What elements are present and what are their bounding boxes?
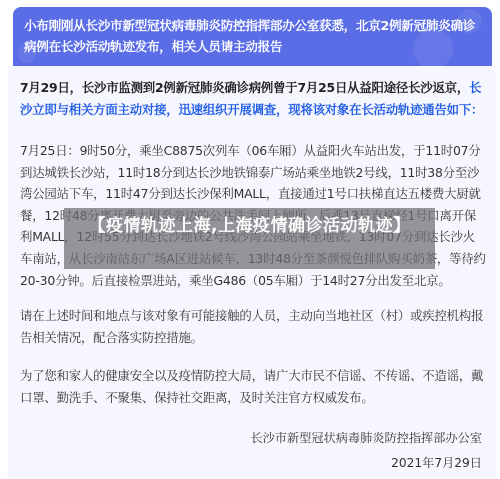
lead-paragraph: 7月29日，长沙市监测到2例新冠肺炎确诊病例曾于7月25日从益阳途径长沙返京，长… — [20, 77, 486, 120]
signature-date: 2021年7月29日 — [391, 454, 482, 471]
advice-paragraph: 为了您和家人的健康安全以及疫情防控大局，请广大市民不信谣、不传谣、不造谣，戴口罩… — [20, 365, 486, 408]
lead-bold-text: 7月29日，长沙市监测到2例新冠肺炎确诊病例曾于7月25日从益阳途径长沙返京， — [20, 80, 469, 95]
headline-banner: 小布刚刚从长沙市新型冠状病毒肺炎防控指挥部办公室获悉，北京2例新冠肺炎确诊病例在… — [13, 7, 492, 66]
report-request-paragraph: 请在上述时间和地点与该对象有可能接触的人员，主动向当地社区（村）或疾控机构报告相… — [20, 305, 486, 348]
caption-overlay: 【疫情轨迹上海,上海疫情确诊活动轨迹】 — [64, 208, 435, 269]
headline-text: 小布刚刚从长沙市新型冠状病毒肺炎防控指挥部办公室获悉，北京2例新冠肺炎确诊病例在… — [24, 15, 484, 57]
signature-org: 长沙市新型冠状病毒肺炎防控指挥部办公室 — [250, 429, 482, 446]
